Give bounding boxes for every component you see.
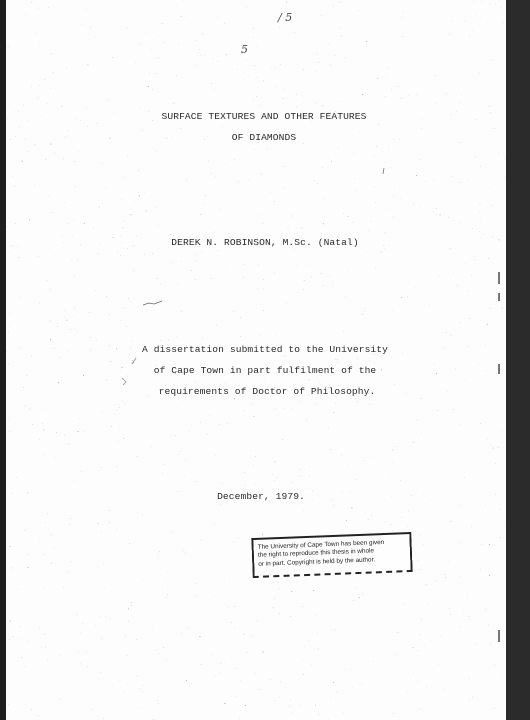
- scan-edge-mark: [498, 293, 500, 301]
- copyright-stamp: The University of Cape Town has been giv…: [251, 532, 412, 578]
- scan-edge-mark: [498, 364, 500, 374]
- title-line-2: OF DIAMONDS: [232, 132, 296, 143]
- dissertation-line-3: requirements of Doctor of Philosophy.: [159, 386, 376, 397]
- scanned-page: / 5 5 SURFACE TEXTURES AND OTHER FEATURE…: [6, 0, 506, 720]
- title-line-1: SURFACE TEXTURES AND OTHER FEATURES: [161, 111, 366, 122]
- handwritten-page-mark: 5: [241, 43, 248, 56]
- scan-edge-mark: [498, 272, 500, 284]
- scan-edge-mark: [498, 630, 500, 642]
- handwritten-reference-number: / 5: [278, 11, 292, 24]
- dissertation-line-2: of Cape Town in part fulfilment of the: [154, 365, 377, 376]
- author-line: DEREK N. ROBINSON, M.Sc. (Natal): [171, 237, 358, 248]
- dissertation-line-1: A dissertation submitted to the Universi…: [142, 344, 388, 355]
- submission-date: December, 1979.: [217, 491, 305, 502]
- scan-noise: [6, 0, 506, 720]
